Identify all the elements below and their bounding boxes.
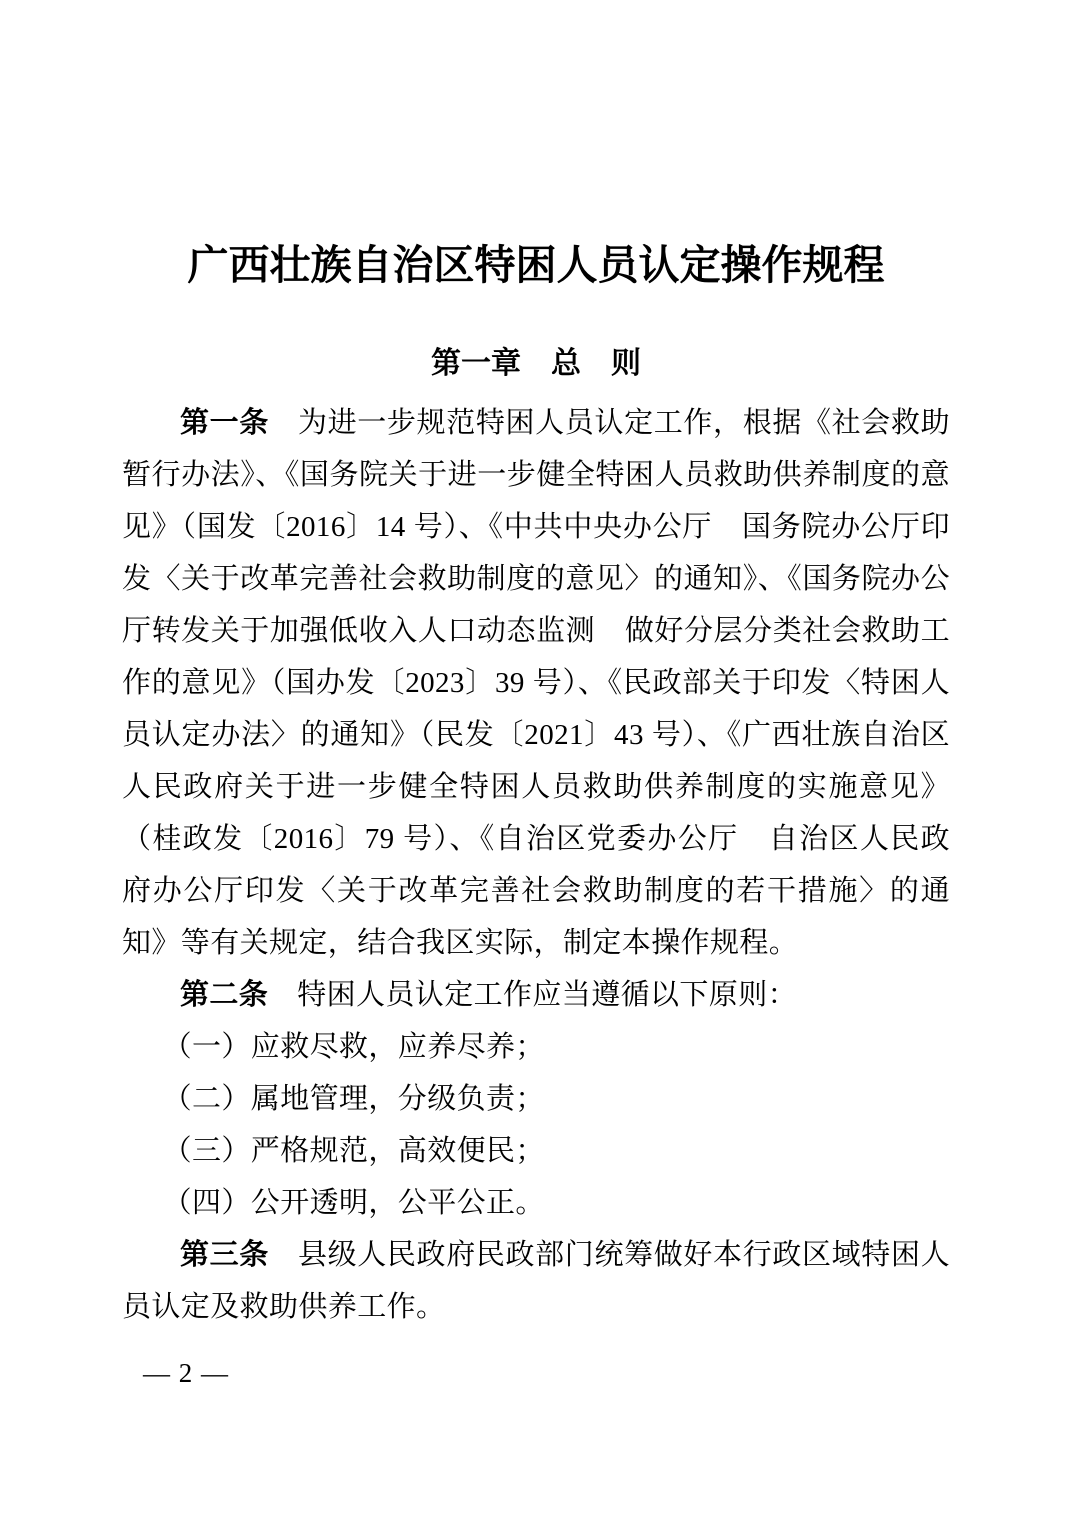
document-body: 第一条为进一步规范特困人员认定工作，根据《社会救助暂行办法》、《国务院关于进一步… <box>122 397 950 1333</box>
paragraph-text: 特困人员认定工作应当遵循以下原则： <box>297 979 797 1011</box>
document-title: 广西壮族自治区特困人员认定操作规程 <box>122 241 950 290</box>
list-item-paragraph: （二）属地管理，分级负责； <box>122 1073 950 1125</box>
paragraph-text: （一）应救尽救，应养尽养； <box>163 1031 545 1063</box>
paragraph-text: （四）公开透明，公平公正。 <box>163 1187 545 1219</box>
paragraph-text: （三）严格规范，高效便民； <box>163 1135 545 1167</box>
paragraph-text: 为进一步规范特困人员认定工作，根据《社会救助暂行办法》、《国务院关于进一步健全特… <box>122 407 950 959</box>
article-label: 第三条 <box>180 1239 269 1271</box>
list-item-paragraph: （一）应救尽救，应养尽养； <box>122 1021 950 1073</box>
page-number: — 2 — <box>143 1357 229 1389</box>
article-label: 第二条 <box>180 979 268 1011</box>
list-item-paragraph: （四）公开透明，公平公正。 <box>122 1177 950 1229</box>
article-paragraph: 第一条为进一步规范特困人员认定工作，根据《社会救助暂行办法》、《国务院关于进一步… <box>122 397 950 969</box>
list-item-paragraph: （三）严格规范，高效便民； <box>122 1125 950 1177</box>
article-paragraph: 第二条特困人员认定工作应当遵循以下原则： <box>122 969 950 1021</box>
paragraph-text: （二）属地管理，分级负责； <box>163 1083 545 1115</box>
chapter-heading: 第一章 总 则 <box>122 345 950 383</box>
article-label: 第一条 <box>180 407 269 439</box>
article-paragraph: 第三条县级人民政府民政部门统筹做好本行政区域特困人员认定及救助供养工作。 <box>122 1229 950 1333</box>
document-page: 广西壮族自治区特困人员认定操作规程 第一章 总 则 第一条为进一步规范特困人员认… <box>0 0 1074 1520</box>
